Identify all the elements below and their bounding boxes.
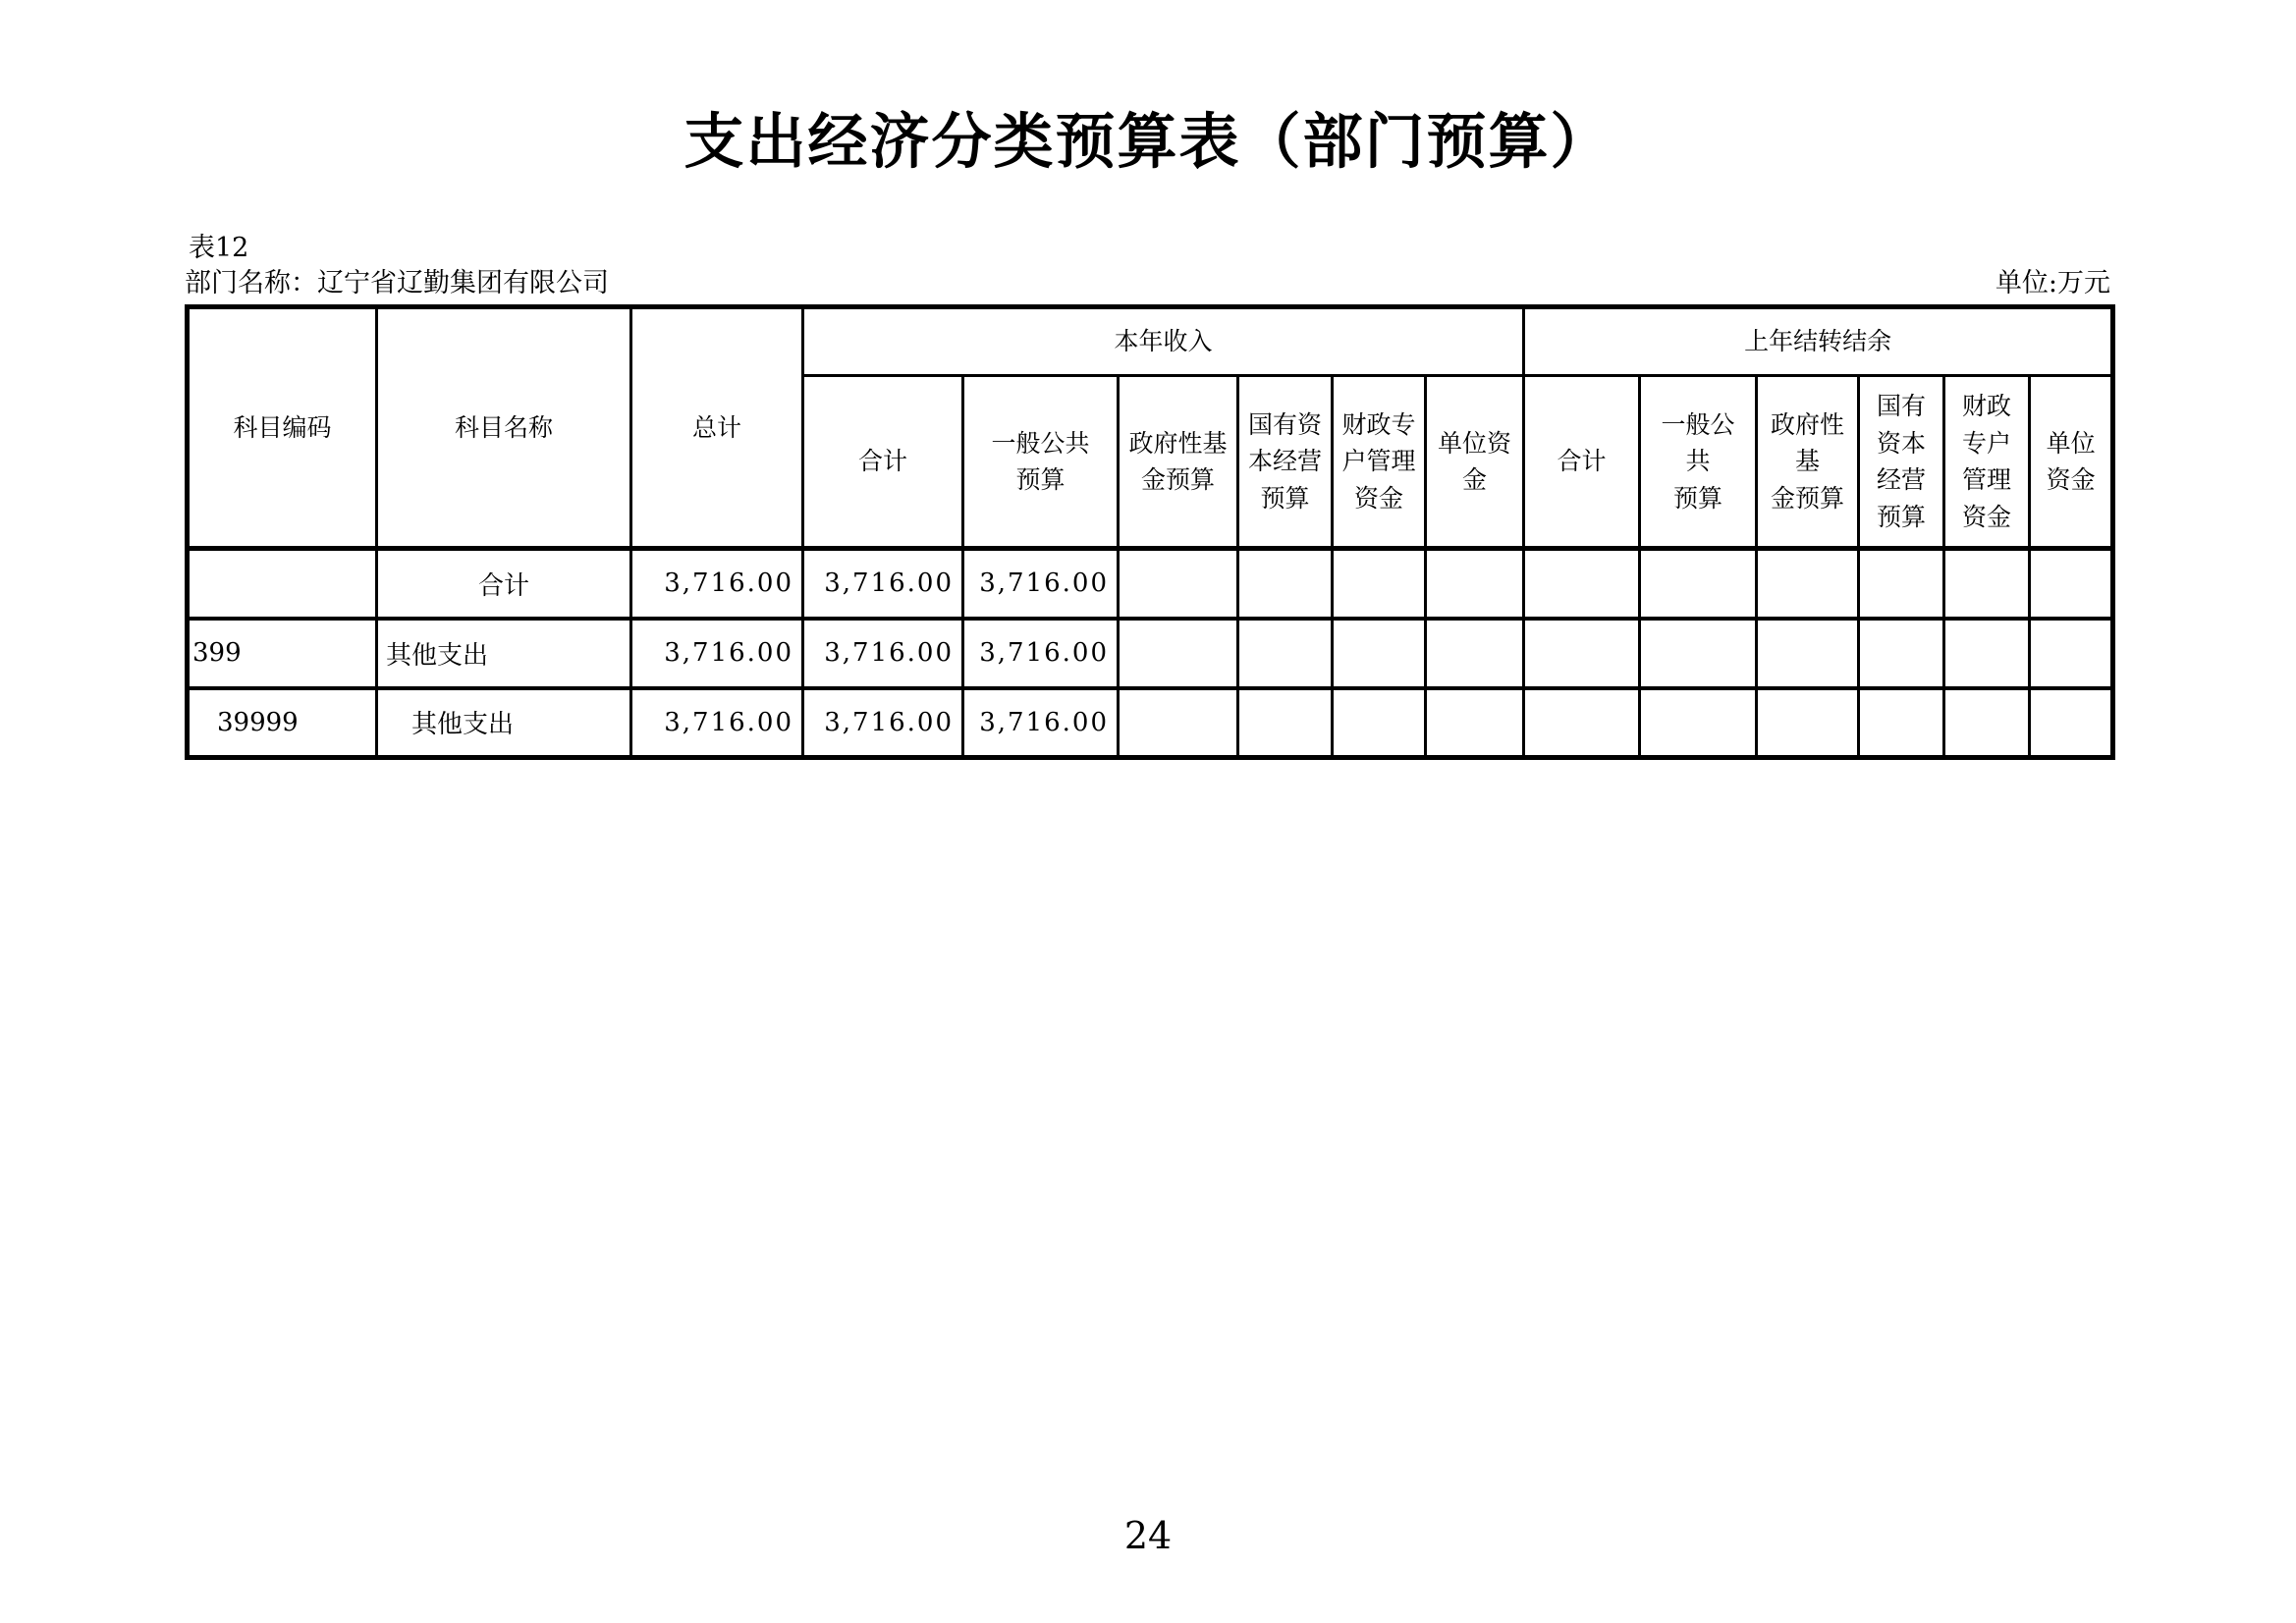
cell-py-govt-fund-budget bbox=[1757, 549, 1859, 619]
group-header-prior-year-carryover: 上年结转结余 bbox=[1524, 307, 2113, 376]
cell-cy-total: 3,716.00 bbox=[803, 688, 963, 758]
group-header-current-year-income: 本年收入 bbox=[803, 307, 1524, 376]
cell-cy-fiscal-special-account bbox=[1333, 688, 1426, 758]
col-header-py-fiscal-special-account: 财政 专户 管理 资金 bbox=[1944, 376, 2030, 549]
cell-py-total bbox=[1524, 619, 1640, 688]
cell-py-unit-funds bbox=[2030, 688, 2113, 758]
cell-grand-total: 3,716.00 bbox=[631, 549, 803, 619]
cell-py-state-capital-budget bbox=[1859, 619, 1944, 688]
cell-subject-code: 399 bbox=[188, 619, 377, 688]
col-header-cy-state-capital-budget: 国有资 本经营 预算 bbox=[1238, 376, 1333, 549]
cell-cy-state-capital-budget bbox=[1238, 549, 1333, 619]
budget-table: 科目编码 科目名称 总计 本年收入 上年结转结余 合计 一般公共 预算 政府性基… bbox=[185, 304, 2115, 760]
page-number: 24 bbox=[0, 1514, 2296, 1557]
col-header-cy-total: 合计 bbox=[803, 376, 963, 549]
col-header-cy-unit-funds: 单位资 金 bbox=[1426, 376, 1524, 549]
cell-py-general-public-budget bbox=[1640, 619, 1757, 688]
table-row-total: 合计 3,716.00 3,716.00 3,716.00 bbox=[188, 549, 2113, 619]
col-header-cy-govt-fund-budget: 政府性基 金预算 bbox=[1119, 376, 1238, 549]
col-header-py-general-public-budget: 一般公 共 预算 bbox=[1640, 376, 1757, 549]
table-row-399: 399 其他支出 3,716.00 3,716.00 3,716.00 bbox=[188, 619, 2113, 688]
department-name-label: 部门名称：辽宁省辽勤集团有限公司 bbox=[185, 261, 609, 299]
cell-py-fiscal-special-account bbox=[1944, 549, 2030, 619]
cell-cy-govt-fund-budget bbox=[1119, 688, 1238, 758]
page-title: 支出经济分类预算表（部门预算） bbox=[0, 94, 2296, 180]
cell-py-fiscal-special-account bbox=[1944, 688, 2030, 758]
cell-py-total bbox=[1524, 549, 1640, 619]
cell-subject-name: 其他支出 bbox=[377, 688, 631, 758]
col-header-py-state-capital-budget: 国有 资本 经营 预算 bbox=[1859, 376, 1944, 549]
cell-subject-code bbox=[188, 549, 377, 619]
cell-py-unit-funds bbox=[2030, 549, 2113, 619]
cell-cy-fiscal-special-account bbox=[1333, 549, 1426, 619]
cell-cy-total: 3,716.00 bbox=[803, 549, 963, 619]
table-row-39999: 39999 其他支出 3,716.00 3,716.00 3,716.00 bbox=[188, 688, 2113, 758]
cell-cy-general-public-budget: 3,716.00 bbox=[963, 549, 1119, 619]
cell-cy-govt-fund-budget bbox=[1119, 619, 1238, 688]
col-header-py-total: 合计 bbox=[1524, 376, 1640, 549]
cell-grand-total: 3,716.00 bbox=[631, 619, 803, 688]
cell-cy-total: 3,716.00 bbox=[803, 619, 963, 688]
col-header-grand-total: 总计 bbox=[631, 307, 803, 549]
cell-py-general-public-budget bbox=[1640, 549, 1757, 619]
cell-py-state-capital-budget bbox=[1859, 688, 1944, 758]
col-header-subject-name: 科目名称 bbox=[377, 307, 631, 549]
unit-label: 单位:万元 bbox=[1995, 261, 2110, 299]
cell-cy-unit-funds bbox=[1426, 619, 1524, 688]
col-header-cy-general-public-budget: 一般公共 预算 bbox=[963, 376, 1119, 549]
cell-py-govt-fund-budget bbox=[1757, 619, 1859, 688]
cell-cy-unit-funds bbox=[1426, 688, 1524, 758]
cell-subject-name: 合计 bbox=[377, 549, 631, 619]
cell-subject-name: 其他支出 bbox=[377, 619, 631, 688]
cell-cy-unit-funds bbox=[1426, 549, 1524, 619]
cell-grand-total: 3,716.00 bbox=[631, 688, 803, 758]
cell-py-fiscal-special-account bbox=[1944, 619, 2030, 688]
col-header-subject-code: 科目编码 bbox=[188, 307, 377, 549]
cell-cy-fiscal-special-account bbox=[1333, 619, 1426, 688]
cell-subject-code: 39999 bbox=[188, 688, 377, 758]
cell-cy-state-capital-budget bbox=[1238, 688, 1333, 758]
table-number-label: 表12 bbox=[189, 226, 248, 264]
col-header-py-unit-funds: 单位 资金 bbox=[2030, 376, 2113, 549]
cell-cy-govt-fund-budget bbox=[1119, 549, 1238, 619]
cell-cy-general-public-budget: 3,716.00 bbox=[963, 619, 1119, 688]
header-group-row: 科目编码 科目名称 总计 本年收入 上年结转结余 bbox=[188, 307, 2113, 376]
cell-py-general-public-budget bbox=[1640, 688, 1757, 758]
table-meta-row: 部门名称：辽宁省辽勤集团有限公司 单位:万元 bbox=[185, 261, 2110, 299]
col-header-cy-fiscal-special-account: 财政专 户管理 资金 bbox=[1333, 376, 1426, 549]
cell-py-state-capital-budget bbox=[1859, 549, 1944, 619]
cell-py-govt-fund-budget bbox=[1757, 688, 1859, 758]
cell-cy-general-public-budget: 3,716.00 bbox=[963, 688, 1119, 758]
cell-py-unit-funds bbox=[2030, 619, 2113, 688]
cell-py-total bbox=[1524, 688, 1640, 758]
col-header-py-govt-fund-budget: 政府性基 金预算 bbox=[1757, 376, 1859, 549]
cell-cy-state-capital-budget bbox=[1238, 619, 1333, 688]
